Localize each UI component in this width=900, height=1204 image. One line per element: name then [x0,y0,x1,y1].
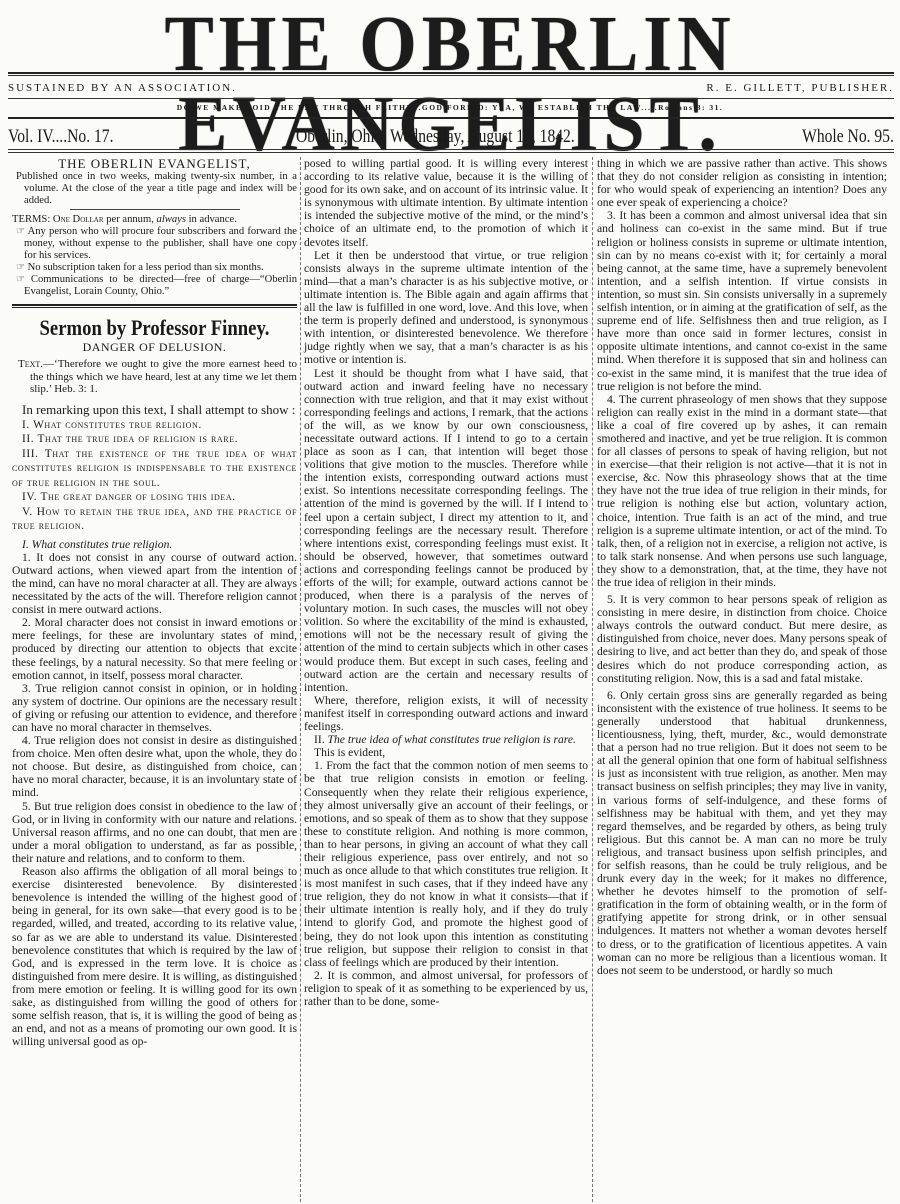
scripture-text: Text.—‘Therefore we ought to give the mo… [12,358,297,396]
notice-communications: ☞ Communications to be directed—free of … [12,274,297,298]
notice-period: ☞ No subscription taken for a less perio… [12,262,297,274]
paragraph: This is evident, [304,746,588,759]
publisher-credit: R. E. GILLETT, PUBLISHER. [706,82,894,94]
terms-line: TERMS: One Dollar per annum, always in a… [12,214,297,226]
section-heading: I. What constitutes true religion. [12,538,297,551]
dateline: Vol. IV....No. 17. Oberlin, Ohio, Wednes… [8,126,894,148]
paragraph: 3. True religion cannot consist in opini… [12,682,297,734]
paragraph: thing in which we are passive rather tha… [597,157,887,209]
paragraph: 1. From the fact that the common notion … [304,759,588,969]
sermon-subtitle: DANGER OF DELUSION. [12,341,297,354]
masthead-rule [8,117,894,119]
section-heading: II. The true idea of what constitutes tr… [304,733,588,746]
outline-item: IV. The great danger of losing this idea… [12,490,297,505]
pointing-hand-icon: ☞ [16,226,25,237]
paragraph: Reason also affirms the obligation of al… [12,865,297,1048]
pointing-hand-icon: ☞ [16,274,25,285]
article-columns: THE OBERLIN EVANGELIST, Published once i… [0,157,900,1204]
volume-number: Vol. IV....No. 17. [8,126,113,148]
notice-subscribers: ☞ Any person who will procure four subsc… [12,226,297,262]
masthead: THE OBERLIN EVANGELIST. SUSTAINED BY AN … [0,0,900,150]
paragraph: 4. True religion does not consist in des… [12,734,297,799]
paragraph: 6. Only certain gross sins are generally… [597,689,887,977]
outline-item: II. That the true idea of religion is ra… [12,432,297,447]
divider [12,304,297,308]
divider [70,209,240,210]
outline-item: III. That the existence of the true idea… [12,447,297,491]
paragraph: 1. It does not consist in any course of … [12,551,297,616]
association-tagline: SUSTAINED BY AN ASSOCIATION. [8,82,237,94]
masthead-rule [8,72,894,74]
paragraph: Lest it should be thought from what I ha… [304,367,588,694]
paragraph: 5. But true religion does consist in obe… [12,800,297,865]
publication-note: Published once in two weeks, making twen… [12,171,297,207]
column-2: posed to willing partial good. It is wil… [304,157,588,1008]
outline-item: I. What constitutes true religion. [12,418,297,433]
paragraph: Where, therefore, religion exists, it wi… [304,694,588,733]
column-3: thing in which we are passive rather tha… [597,157,887,977]
outline-item: V. How to retain the true idea, and the … [12,505,297,534]
issue-date: Oberlin, Ohio, Wednesday, August 17, 184… [296,126,575,148]
masthead-rule [8,149,894,153]
sermon-title: Sermon by Professor Finney. [33,316,275,340]
pointing-hand-icon: ☞ [16,262,25,273]
paragraph: Let it then be understood that virtue, o… [304,249,588,367]
column-1: THE OBERLIN EVANGELIST, Published once i… [12,157,297,1048]
sermon-intro: In remarking upon this text, I shall att… [12,402,297,418]
subscription-info-box: THE OBERLIN EVANGELIST, Published once i… [12,157,297,298]
sermon-outline: I. What constitutes true religion. II. T… [12,418,297,534]
paragraph: 2. Moral character does not consist in i… [12,616,297,681]
info-box-title: THE OBERLIN EVANGELIST, [12,157,297,170]
masthead-rule [8,98,894,99]
whole-number: Whole No. 95. [802,126,894,148]
paragraph: 3. It has been a common and almost unive… [597,209,887,392]
paragraph: 5. It is very common to hear persons spe… [597,593,887,685]
paragraph: 2. It is common, and almost universal, f… [304,969,588,1008]
motto: DO WE MAKE VOID THE LAW THROUGH FAITH?..… [0,103,900,112]
paragraph: posed to willing partial good. It is wil… [304,157,588,249]
masthead-rule [8,75,894,76]
paragraph: 4. The current phraseology of men shows … [597,393,887,589]
